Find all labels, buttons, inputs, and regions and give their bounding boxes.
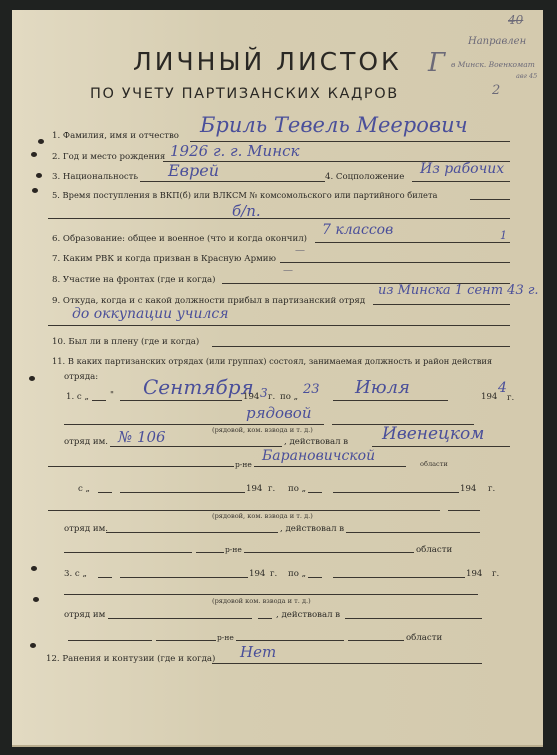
field-5-value: б/п. [232,202,261,220]
field-12-value: Нет [240,643,276,661]
unit-3-position-hint: (рядовой ком. взвода и т. д.) [212,597,311,605]
unit-2-po-label: по „ [288,484,306,494]
unit-2-otryad-line [106,532,278,533]
unit-2-day-from-line [98,492,112,493]
unit-1-year-prefix-to: 194 [481,392,497,402]
field-6-line [315,242,510,243]
unit-3-otryad-label: отряд им [64,610,105,620]
unit-2-otryad-label: отряд им. [64,524,108,534]
unit-1-po-label: по „ [280,392,298,402]
field-8-label: 8. Участие на фронтах (где и когда) [52,275,215,285]
field-3-label: 3. Национальность [52,172,138,182]
unit-3-rne-line [236,640,344,641]
unit-1-rne-line [254,466,406,467]
corner-note-line1: Направлен [468,36,526,47]
unit-2-position-hint: (рядовой, ком. взвода и т. д.) [212,512,313,520]
field-8-value: — [283,265,293,276]
unit-1-otryad-value: № 106 [118,428,166,446]
quote-mark: " [110,390,114,400]
unit-3-month-to-line [333,577,465,578]
unit-1-deistvoval-value: Ивенецком [382,424,484,444]
field-1-value: Бриль Тевель Меерович [200,113,468,137]
field-6-value: 7 классов [322,222,393,238]
unit-3-g-label-to: г. [492,569,499,579]
unit-3-oblast-label: области [406,633,442,643]
unit-2-prefix: с „ [78,484,90,494]
unit-3-month-from-line [120,577,248,578]
unit-1-rne-label: р-не [235,460,252,469]
unit-2-rne-line-start [64,552,192,553]
unit-2-month-to-line [333,492,459,493]
unit-1-year-prefix-from: 194 [243,392,259,402]
document-title: ЛИЧНЫЙ ЛИСТОК [133,47,402,76]
page-number: 40 [508,13,523,27]
field-10-label: 10. Был ли в плену (где и когда) [52,337,199,347]
punch-hole [31,152,37,157]
unit-3-year-prefix-from: 194 [249,569,265,579]
unit-1-month-from-line [120,400,242,401]
unit-1-position-hint: (рядовой, ком. взвода и т. д.) [212,426,313,434]
unit-1-otryad-line [110,446,282,447]
unit-2-day-to-line [308,492,322,493]
field-12-label: 12. Ранения и контузии (где и когда) [46,654,215,664]
unit-3-year-prefix-to: 194 [466,569,482,579]
unit-1-prefix: 1. с „ [66,392,89,402]
unit-1-month-to-line [333,400,448,401]
punch-hole [32,188,38,193]
field-9-line2 [48,325,510,326]
unit-1-g-label-to: г. [507,393,514,403]
unit-1-rne-value: Барановичской [262,448,375,464]
unit-2-position-line [48,510,440,511]
unit-3-otryad-line [108,618,252,619]
unit-3-prefix: 3. с „ [64,569,87,579]
unit-1-position-line [64,424,324,425]
field-5-label: 5. Время поступления в ВКП(б) или ВЛКСМ … [52,190,438,200]
pencil-mark: Г [428,48,445,78]
unit-1-year-from: 3 [260,386,268,400]
unit-3-day-from-line [98,577,112,578]
field-11-label-line2: отряда: [64,372,98,382]
unit-1-day-from-line [92,400,106,401]
field-9-value-line1: из Минска 1 сент 43 г. [378,283,539,298]
unit-2-g-label-to: г. [488,484,495,494]
unit-1-year-to: 4 [498,380,507,396]
punch-hole [33,597,39,602]
unit-1-oblast-label: области [420,460,448,468]
unit-3-rne-line-start [68,640,152,641]
field-7-label: 7. Каким РВК и когда призван в Красную А… [52,254,276,264]
unit-2-year-prefix-from: 194 [246,484,262,494]
unit-1-deistvoval-label: , действовал в [284,437,348,447]
field-3-value: Еврей [168,161,219,180]
unit-1-month-from: Сентября [143,375,254,399]
unit-2-year-prefix-to: 194 [460,484,476,494]
unit-2-rne-line-mid [196,552,224,553]
unit-3-day-to-line [308,577,322,578]
unit-3-position-line [64,594,478,595]
unit-1-position: рядовой [246,404,312,422]
punch-hole [36,173,42,178]
field-7-value: — [295,245,305,256]
unit-2-rne-line [244,552,414,553]
unit-2-deistvoval-label: , действовал в [280,524,344,534]
unit-2-month-from-line [120,492,245,493]
punch-hole [30,643,36,648]
subtitle-mark: 2 [492,83,500,98]
unit-1-day-to: 23 [303,382,320,397]
unit-1-g-label: г. [268,392,275,402]
unit-2-deistvoval-line [346,532,480,533]
unit-3-g-label: г. [270,569,277,579]
corner-note-line3: авг 45 [516,72,537,80]
unit-3-deistvoval-label: , действовал в [276,610,340,620]
unit-3-po-label: по „ [288,569,306,579]
punch-hole [31,566,37,571]
field-9-label: 9. Откуда, когда и с какой должности при… [52,296,365,306]
field-5-line-end [470,199,510,200]
unit-3-rne-label: р-не [217,633,234,642]
field-11-label-line1: 11. В каких партизанских отрядах (или гр… [52,356,492,366]
unit-2-g-label: г. [268,484,275,494]
field-6-extra: 1 [500,229,507,242]
field-7-line [280,262,510,263]
field-5-line [48,218,510,219]
unit-1-deistvoval-line [372,446,510,447]
field-9-value-line2: до оккупации учился [72,306,229,322]
field-6-label: 6. Образование: общее и военное (что и к… [52,234,307,244]
field-1-label: 1. Фамилия, имя и отчество [52,131,179,141]
field-3-line [140,181,325,182]
field-4-line [412,181,510,182]
field-4-label: 4. Соцположение [325,172,404,182]
unit-1-rne-line-start [48,466,234,467]
punch-hole [29,376,35,381]
punch-hole [38,139,44,144]
corner-note-line2: в Минск. Военкомат [451,60,535,69]
unit-1-otryad-label: отряд им. [64,437,108,447]
field-2-value: 1926 г. г. Минск [170,142,299,160]
unit-1-month-to: Июля [355,377,410,398]
unit-2-rne-label: р-не [225,545,242,554]
field-10-line [212,346,510,347]
field-9-line [373,304,510,305]
field-4-value: Из рабочих [420,161,504,177]
document-subtitle: ПО УЧЕТУ ПАРТИЗАНСКИХ КАДРОВ [90,86,399,102]
unit-2-oblast-label: области [416,545,452,555]
field-12-line [212,663,482,664]
field-2-label: 2. Год и место рождения [52,152,165,162]
unit-2-position-line-end [448,510,480,511]
unit-3-otryad-line-end [258,618,272,619]
unit-3-rne-line-end [348,640,404,641]
unit-3-rne-line-mid [156,640,216,641]
unit-3-deistvoval-line [345,618,482,619]
